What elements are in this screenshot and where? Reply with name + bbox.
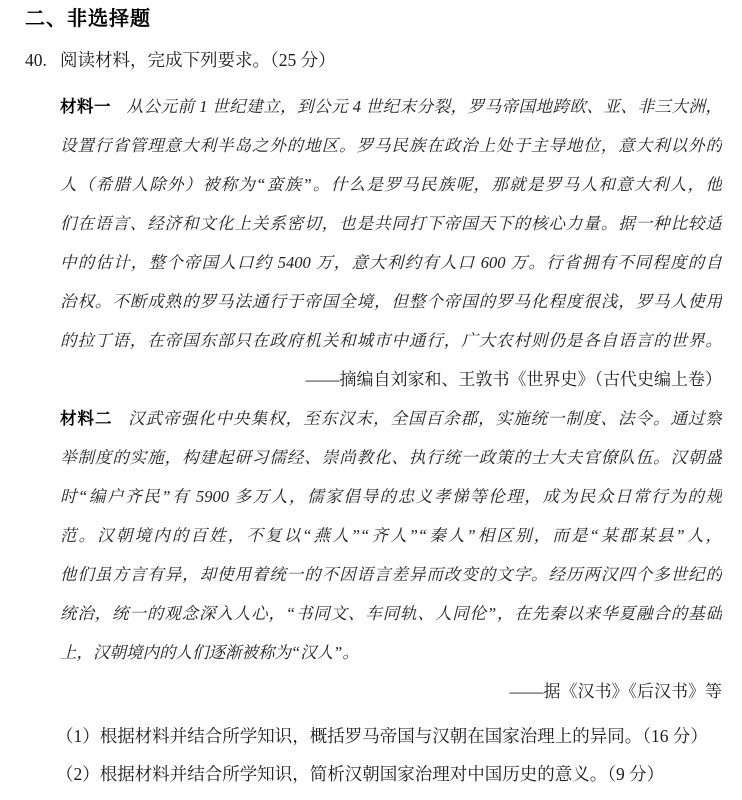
sub-questions: （1）根据材料并结合所学知识，概括罗马帝国与汉朝在国家治理上的异同。（16 分）… <box>25 717 722 793</box>
section-header: 二、非选择题 <box>25 6 722 32</box>
question-number: 40. <box>25 47 60 73</box>
material-2-attribution: ——据《汉书》《后汉书》等 <box>25 672 722 711</box>
material-2-line: 他们虽方言有异，却使用着统一的不因语言差异而改变的文字。经历两汉四个多世纪的 <box>60 555 722 594</box>
material-2-paragraph: 材料二汉武帝强化中央集权，至东汉末，全国百余郡，实施统一制度、法令。通过察 举制… <box>60 399 722 672</box>
material-2-line: 举制度的实施，构建起研习儒经、崇尚教化、执行统一政策的士大夫官僚队伍。汉朝盛 <box>60 438 722 477</box>
material-1-label: 材料一 <box>60 98 111 116</box>
question-intro-text: 阅读材料，完成下列要求。（25 分） <box>60 47 722 73</box>
sub-question-1: （1）根据材料并结合所学知识，概括罗马帝国与汉朝在国家治理上的异同。（16 分） <box>56 717 722 755</box>
material-1-line: 设置行省管理意大利半岛之外的地区。罗马民族在政治上处于主导地位，意大利以外的 <box>60 126 722 165</box>
material-2-line: 材料二汉武帝强化中央集权，至东汉末，全国百余郡，实施统一制度、法令。通过察 <box>60 399 722 438</box>
sub-question-2: （2）根据材料并结合所学知识，简析汉朝国家治理对中国历史的意义。（9 分） <box>56 755 722 793</box>
material-1-paragraph: 材料一从公元前 1 世纪建立，到公元 4 世纪末分裂，罗马帝国地跨欧、亚、非三大… <box>60 87 722 360</box>
exam-page: 二、非选择题 40. 阅读材料，完成下列要求。（25 分） 材料一从公元前 1 … <box>0 0 742 800</box>
material-1-line-text: 从公元前 1 世纪建立，到公元 4 世纪末分裂，罗马帝国地跨欧、亚、非三大洲， <box>127 97 722 116</box>
material-1-line: 的拉丁语，在帝国东部只在政府机关和城市中通行，广大农村则仍是各自语言的世界。 <box>60 321 722 360</box>
material-1-line: 人（希腊人除外）被称为“蛮族”。什么是罗马民族呢，那就是罗马人和意大利人，他 <box>60 165 722 204</box>
material-2-line: 范。汉朝境内的百姓，不复以“燕人”“齐人”“秦人”相区别，而是“某郡某县”人， <box>60 516 722 555</box>
material-2-line: 统治，统一的观念深入人心，“书同文、车同轨、人同伦”，在先秦以来华夏融合的基础 <box>60 594 722 633</box>
material-2-line: 时“编户齐民”有 5900 多万人，儒家倡导的忠义孝悌等伦理，成为民众日常行为的… <box>60 477 722 516</box>
material-1-line: 中的估计，整个帝国人口约 5400 万，意大利约有人口 600 万。行省拥有不同… <box>60 243 722 282</box>
material-2-line: 上，汉朝境内的人们逐渐被称为“汉人”。 <box>60 633 722 672</box>
material-1-line: 治权。不断成熟的罗马法通行于帝国全境，但整个帝国的罗马化程度很浅，罗马人使用 <box>60 282 722 321</box>
material-1-attribution: ——摘编自刘家和、王敦书《世界史》（古代史编上卷） <box>25 360 722 399</box>
material-2-line-text: 汉武帝强化中央集权，至东汉末，全国百余郡，实施统一制度、法令。通过察 <box>128 409 722 428</box>
question-intro-row: 40. 阅读材料，完成下列要求。（25 分） <box>25 47 722 73</box>
material-1-line: 材料一从公元前 1 世纪建立，到公元 4 世纪末分裂，罗马帝国地跨欧、亚、非三大… <box>60 87 722 126</box>
material-2-label: 材料二 <box>60 410 113 428</box>
material-1-line: 们在语言、经济和文化上关系密切，也是共同打下帝国天下的核心力量。据一种比较适 <box>60 204 722 243</box>
